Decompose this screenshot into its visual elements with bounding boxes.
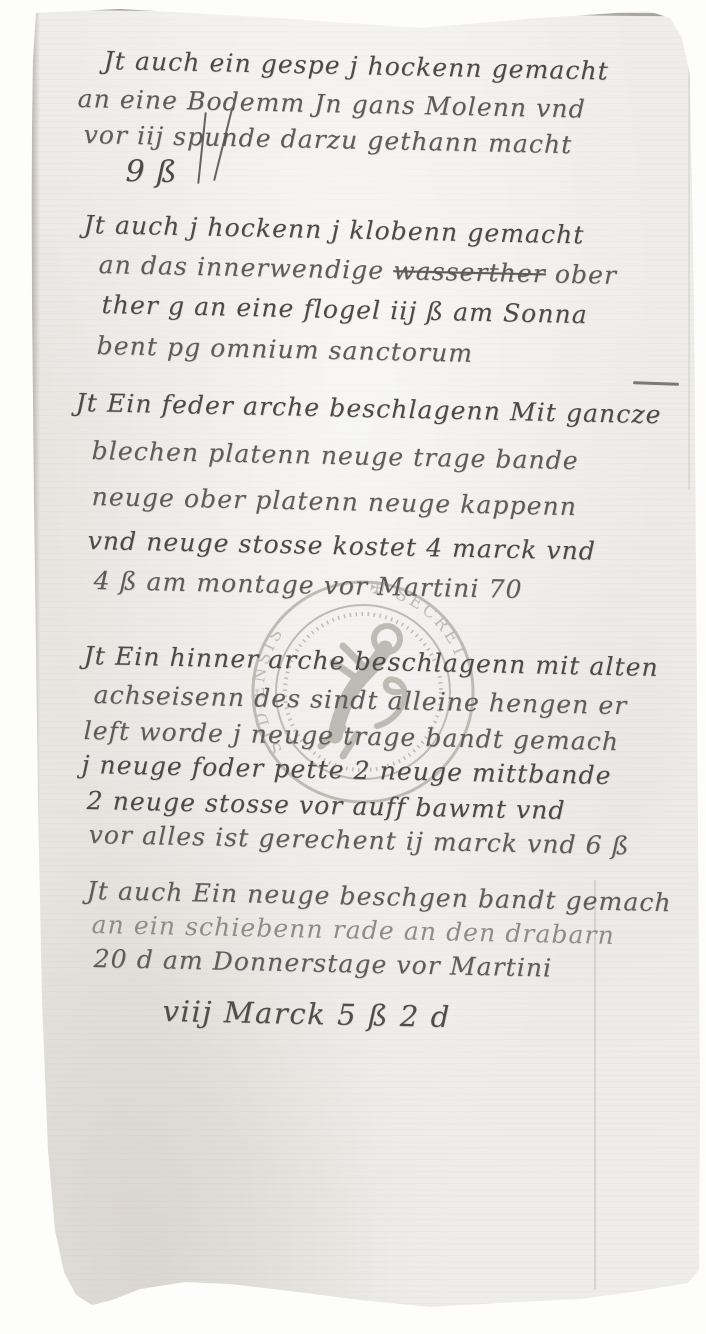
handwriting-line: Jt Ein feder arche beschlagenn Mit gancz… — [75, 388, 661, 429]
margin-check-dash — [633, 381, 679, 386]
page-top-edge — [36, 7, 670, 17]
handwriting-line: an das innerwendige wasserther ober — [98, 250, 617, 290]
handwriting-line: left worde j neuge trage bandt gemach — [83, 716, 619, 756]
handwriting-line: Jt auch ein gespe j hockenn gemacht — [103, 46, 609, 86]
paper-crease-line — [688, 30, 690, 490]
handwriting-line: ther g an eine flogel iij ß am Sonna — [101, 290, 588, 329]
handwriting-line: 2 neuge stosse vor auff bawmt vnd — [86, 786, 566, 825]
handwriting-line: blechen platenn neuge trage bande — [91, 436, 579, 475]
struck-word: wasserther — [393, 256, 546, 288]
handwriting-amount: 9 ß — [125, 154, 178, 190]
handwriting-line: j neuge foder pette 2 neuge mittbande — [81, 750, 611, 790]
handwriting-line: Jt auch j hockenn j klobenn gemacht — [83, 210, 584, 249]
handwriting-line: vor iij spunde darzu gethann macht — [83, 120, 572, 159]
manuscript-page: ✠ SECRET STDIENSIS Jt auch ein gespe j h… — [0, 0, 706, 1334]
handwriting-line: vor alles ist gerechent ij marck vnd 6 ß — [88, 820, 629, 860]
handwriting-line: Jt Ein hinner arche beschlagenn mit alte… — [83, 641, 659, 682]
page-left-edge — [32, 12, 40, 1297]
sum-total-line: viij Marck 5 ß 2 d — [162, 994, 451, 1034]
handwriting-segment: an das innerwendige — [98, 250, 393, 285]
handwriting-line: bent pg omnium sanctorum — [96, 331, 473, 368]
handwriting-segment: ober — [546, 259, 618, 289]
handwriting-line: an eine Bodemm Jn gans Molenn vnd — [77, 84, 586, 124]
handwriting-line: 4 ß am montage vor Martini 70 — [93, 566, 522, 604]
handwriting-line: achseisenn des sindt alleine hengen er — [93, 680, 627, 720]
handwriting-line: 20 d am Donnerstage vor Martini — [93, 944, 552, 983]
handwriting-line: an ein schiebenn rade an den drabarn — [91, 910, 615, 950]
handwriting-line: neuge ober platenn neuge kappenn — [91, 482, 577, 521]
manuscript-scan: ✠ SECRET STDIENSIS Jt auch ein gespe j h… — [0, 0, 706, 1334]
handwriting-line: vnd neuge stosse kostet 4 marck vnd — [87, 526, 596, 566]
